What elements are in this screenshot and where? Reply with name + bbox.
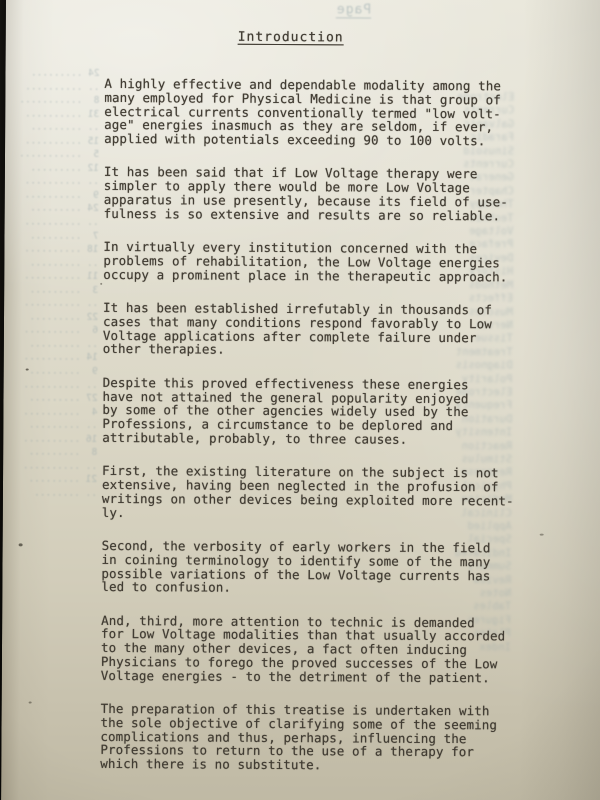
dust-speck xyxy=(100,283,102,285)
document-page: Page 24 ......... .. .......... 8 ......… xyxy=(1,0,600,800)
bleed-through-page-header: Page xyxy=(336,2,371,17)
paragraph-2: It has been said that if Low Voltage the… xyxy=(104,165,524,223)
dust-speck xyxy=(29,701,32,703)
dust-speck xyxy=(26,368,29,370)
dust-speck xyxy=(19,543,23,546)
photograph-background: Page 24 ......... .. .......... 8 ......… xyxy=(0,0,600,800)
paragraph-6: First, the existing literature on the su… xyxy=(102,464,522,522)
body-text: A highly effective and dependable modali… xyxy=(100,77,524,793)
paragraph-1: A highly effective and dependable modali… xyxy=(104,77,524,149)
paragraph-3: In virtually every institution concerned… xyxy=(103,240,523,284)
paragraph-7: Second, the verbosity of early workers i… xyxy=(101,539,521,597)
dust-speck xyxy=(540,534,544,536)
paragraph-9: The preparation of this treatise is unde… xyxy=(100,702,520,774)
paragraph-4: It has been established irrefutably in t… xyxy=(103,301,523,359)
paragraph-5: Despite this proved effectiveness these … xyxy=(102,376,522,448)
bleed-through-toc-leaders: 24 ......... .. .......... 8 ...........… xyxy=(17,66,100,500)
page-title: Introduction xyxy=(238,30,344,46)
paragraph-8: And, third, more attention to technic is… xyxy=(101,614,521,686)
